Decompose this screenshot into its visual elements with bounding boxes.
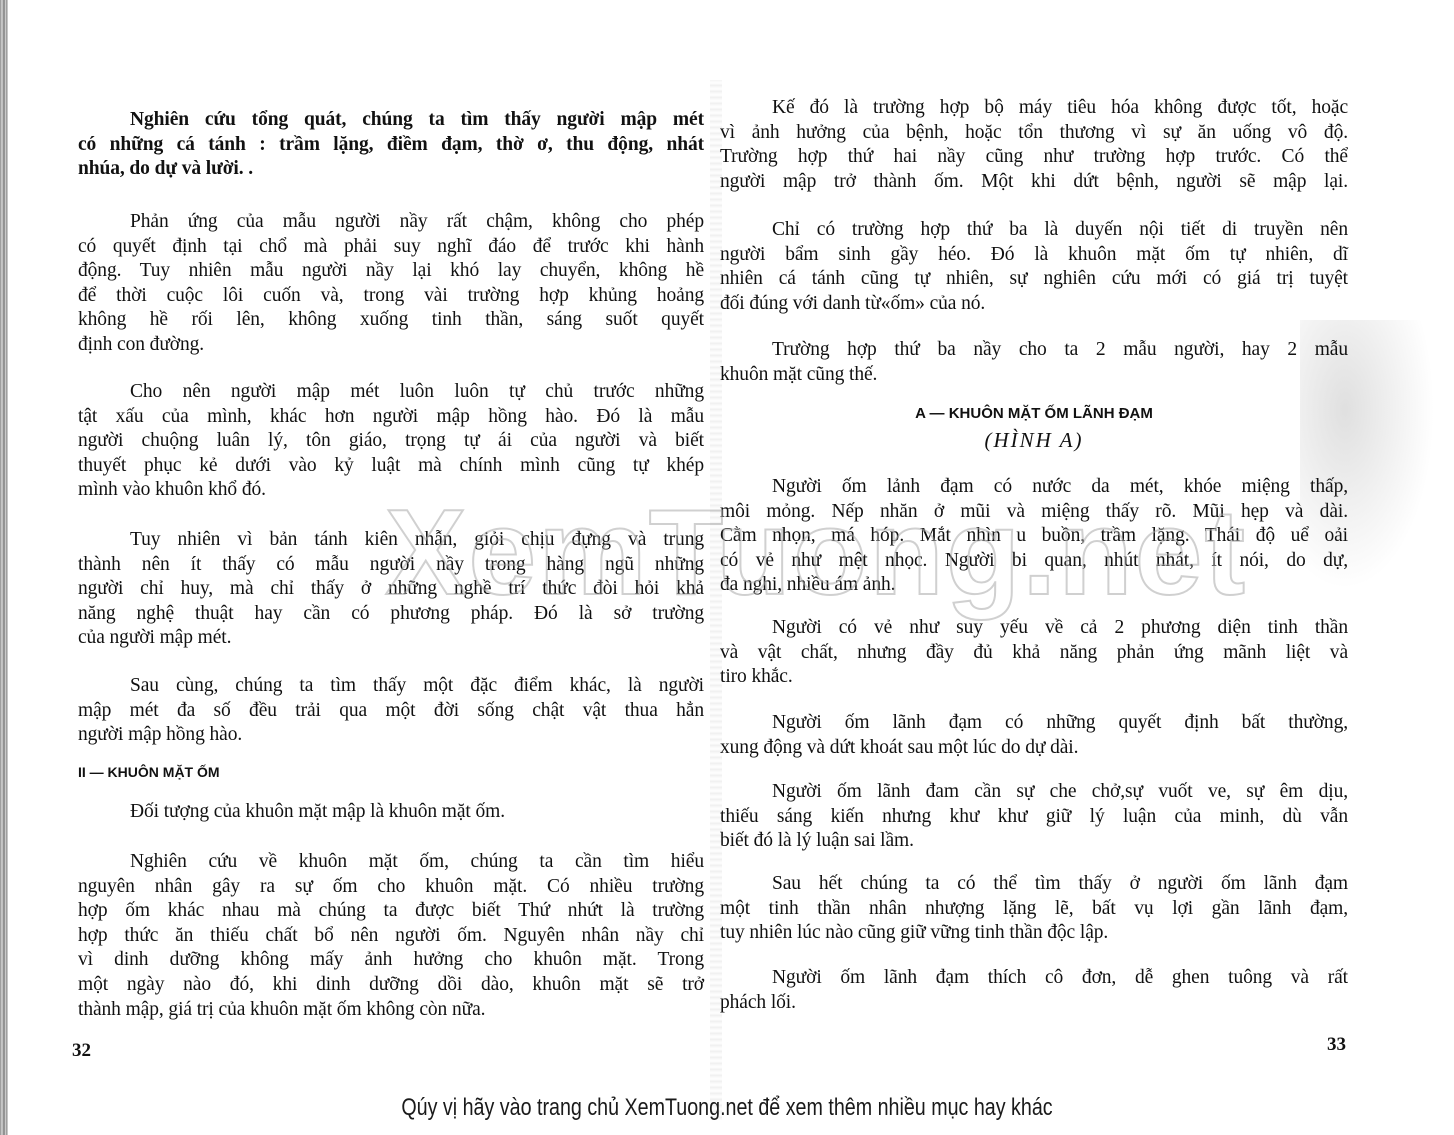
text-line: nguyên nhân gây ra sự ốm cho khuôn mặt. … — [78, 875, 704, 900]
text-line: một tinh thần nhân nhượng lặng lẽ, bất v… — [720, 897, 1348, 922]
text-line: khuôn mặt cũng thế. — [720, 363, 1348, 388]
text-line: không hề rối lên, không xuống tinh thần,… — [78, 308, 704, 333]
paragraph: Người ốm lãnh đạm thích cô đơn, dễ ghen … — [720, 966, 1348, 1015]
text-line: người chuộng luân lý, tôn giáo, trọng tự… — [78, 429, 704, 454]
paragraph: Tuy nhiên vì bản tánh kiên nhẫn, giỏi ch… — [78, 528, 704, 651]
paragraph: Kế đó là trường hợp bộ máy tiêu hóa khôn… — [720, 96, 1348, 194]
text-line: hợp ốm khác nhau mà chúng ta được biết T… — [78, 899, 704, 924]
paragraph: Nghiên cứu về khuôn mặt ốm, chúng ta cần… — [78, 850, 704, 1022]
text-line: có vẻ như mệt nhọc. Người bi quan, nhút … — [720, 549, 1348, 574]
text-line: người mập trở thành ốm. Một khi dứt bệnh… — [720, 170, 1348, 195]
paragraph: Người ốm lãnh đạm có những quyết định bấ… — [720, 711, 1348, 760]
text-line: thiếu sáng kiến nhưng khư khư giữ lý luậ… — [720, 805, 1348, 830]
text-line: Kế đó là trường hợp bộ máy tiêu hóa khôn… — [720, 96, 1348, 121]
paragraph: Người có vẻ như suy yếu về cả 2 phương d… — [720, 616, 1348, 690]
text-line: một ngày nào đó, khi dinh dưỡng dồi dào,… — [78, 973, 704, 998]
paragraph: Phản ứng của mẫu người nầy rất chậm, khô… — [78, 210, 704, 358]
text-line: nhiên cá tánh cũng tự nhiên, sự nghiên c… — [720, 267, 1348, 292]
text-line: đối đúng với danh từ«ốm» của nó. — [720, 292, 1348, 317]
paragraph: Chỉ có trường hợp thứ ba là duyến nội ti… — [720, 218, 1348, 316]
text-line: và vật chất, nhưng đầy đủ khả năng phản … — [720, 641, 1348, 666]
text-line: Người ốm lãnh đam cần sự che chở,sự vuốt… — [720, 780, 1348, 805]
text-line: tiro khắc. — [720, 665, 1348, 690]
footer-caption: Qúy vị hãy vào trang chủ XemTuong.net để… — [131, 1094, 1323, 1122]
text-line: của người mập mét. — [78, 626, 704, 651]
text-line: định con đường. — [78, 333, 704, 358]
text-line: người bẩm sinh gầy héo. Đó là khuôn mặt … — [720, 243, 1348, 268]
paragraph: Người ốm lảnh đạm có nước da mét, khóe m… — [720, 475, 1348, 598]
text-line: Sau cùng, chúng ta tìm thấy một đặc điểm… — [78, 674, 704, 699]
text-line: thuyết phục kẻ dưới vào kỷ luật mà chính… — [78, 454, 704, 479]
text-line: động. Tuy nhiên mẫu người nầy lại khó la… — [78, 259, 704, 284]
text-line: Trường hợp thứ hai nầy cũng như trường h… — [720, 145, 1348, 170]
text-line: Đối tượng của khuôn mặt mập là khuôn mặt… — [78, 800, 704, 825]
text-line: nhúa, do dự và lười. . — [78, 157, 704, 182]
text-line: Cằm nhọn, má hóp. Mắt nhìn u buồn, trầm … — [720, 524, 1348, 549]
text-line: Người ốm lảnh đạm có nước da mét, khóe m… — [720, 475, 1348, 500]
text-line: tật xấu của mình, khác hơn người mập hồn… — [78, 405, 704, 430]
text-line: Sau hết chúng ta có thể tìm thấy ở người… — [720, 872, 1348, 897]
text-line: Người ốm lãnh đạm có những quyết định bấ… — [720, 711, 1348, 736]
text-line: xung động và dứt khoát sau một lúc do dự… — [720, 736, 1348, 761]
paragraph: Trường hợp thứ ba nầy cho ta 2 mẫu người… — [720, 338, 1348, 387]
paragraph: Đối tượng của khuôn mặt mập là khuôn mặt… — [78, 800, 704, 825]
text-line: có quyết định tại chổ mà phải suy nghĩ đ… — [78, 235, 704, 260]
page-number: 33 — [1327, 1034, 1346, 1056]
text-line: người chỉ huy, mà chỉ thấy ở những nghề … — [78, 577, 704, 602]
page-number: 32 — [72, 1040, 91, 1062]
paragraph: Cho nên người mập mét luôn luôn tự chủ t… — [78, 380, 704, 503]
text-line: thành mập, giá trị của khuôn mặt ốm khôn… — [78, 998, 704, 1023]
text-line: Tuy nhiên vì bản tánh kiên nhẫn, giỏi ch… — [78, 528, 704, 553]
section-heading: II — KHUÔN MẶT ỐM — [78, 764, 220, 780]
text-line: để thời cuộc lôi cuốn và, trong vài trườ… — [78, 284, 704, 309]
figure-reference: (HÌNH A) — [720, 428, 1348, 453]
text-line: có những cá tánh : trầm lặng, điềm đạm, … — [78, 133, 704, 158]
text-line: Người có vẻ như suy yếu về cả 2 phương d… — [720, 616, 1348, 641]
paragraph: Người ốm lãnh đam cần sự che chở,sự vuốt… — [720, 780, 1348, 854]
text-line: môi mỏng. Nếp nhăn ở mũi và miệng thấy r… — [720, 500, 1348, 525]
text-line: phách lối. — [720, 991, 1348, 1016]
text-line: Nghiên cứu về khuôn mặt ốm, chúng ta cần… — [78, 850, 704, 875]
text-line: Cho nên người mập mét luôn luôn tự chủ t… — [78, 380, 704, 405]
text-line: Trường hợp thứ ba nầy cho ta 2 mẫu người… — [720, 338, 1348, 363]
text-line: Người ốm lãnh đạm thích cô đơn, dễ ghen … — [720, 966, 1348, 991]
text-line: Nghiên cứu tổng quát, chúng ta tìm thấy … — [78, 108, 704, 133]
paragraph: Sau hết chúng ta có thể tìm thấy ở người… — [720, 872, 1348, 946]
text-line: năng nghệ thuật hay cần có phương pháp. … — [78, 602, 704, 627]
text-line: hợp thức ăn thiếu chất bổ nên người ốm. … — [78, 924, 704, 949]
text-line: mập mét đa số đều trải qua một đời sống … — [78, 699, 704, 724]
text-line: mình vào khuôn khổ đó. — [78, 478, 704, 503]
text-line: Phản ứng của mẫu người nầy rất chậm, khô… — [78, 210, 704, 235]
text-line: thành nên ít thấy có mẫu người nầy trong… — [78, 553, 704, 578]
text-line: tuy nhiên lúc nào cũng giữ vững tinh thầ… — [720, 921, 1348, 946]
text-line: vì dinh dưỡng không mấy ảnh hưởng cho kh… — [78, 948, 704, 973]
paragraph: Nghiên cứu tổng quát, chúng ta tìm thấy … — [78, 108, 704, 182]
text-line: người mập hồng hào. — [78, 723, 704, 748]
scan-binding-edge — [0, 0, 8, 1135]
text-line: đa nghi, nhiều ám ảnh. — [720, 573, 1348, 598]
text-line: biết đó là lý luận sai lầm. — [720, 829, 1348, 854]
paragraph: Sau cùng, chúng ta tìm thấy một đặc điểm… — [78, 674, 704, 748]
subsection-heading: A — KHUÔN MẶT ỐM LÃNH ĐẠM — [720, 405, 1348, 422]
text-line: Chỉ có trường hợp thứ ba là duyến nội ti… — [720, 218, 1348, 243]
text-line: vì ảnh hưởng của bệnh, hoặc tổn thương v… — [720, 121, 1348, 146]
